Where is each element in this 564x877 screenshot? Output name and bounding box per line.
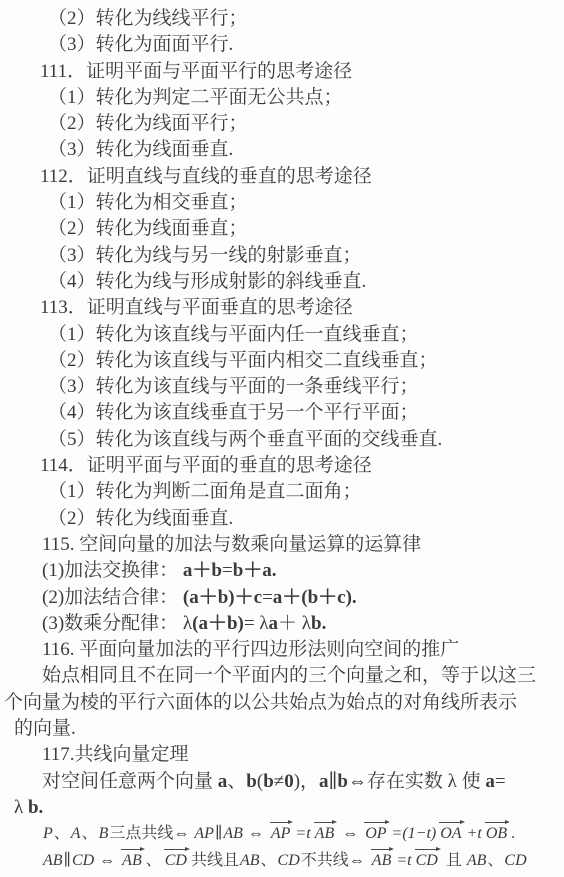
text-segment: a — [485, 771, 495, 792]
vector-overarrow-notation: OB — [485, 821, 509, 842]
text-segment: （1）转化为该直线与平面内任一直线垂直； — [48, 324, 419, 345]
text-segment: P — [42, 825, 54, 842]
text-line: （2）转化为线线平行； — [4, 6, 560, 32]
text-segment: CD — [277, 852, 301, 869]
text-segment: ⇔ — [244, 825, 268, 842]
text-segment: +t — [466, 825, 483, 842]
vector-overarrow-notation: AP — [270, 821, 293, 842]
text-segment: 三点共线⇔ — [109, 825, 193, 842]
text-segment: a＋b — [183, 560, 222, 581]
text-segment: =t — [294, 825, 311, 842]
text-segment: 对空间任意两个向量 — [42, 771, 218, 792]
text-line: （2）转化为线面平行； — [4, 111, 560, 137]
text-segment: （2）转化为线面平行； — [48, 113, 248, 134]
text-line: 的向量. — [4, 716, 560, 742]
text-segment: （3）转化为该直线与平面的一条垂线平行； — [48, 376, 419, 397]
text-line: （1）转化为相交垂直； — [4, 190, 560, 216]
text-segment: （5）转化为该直线与两个垂直平面的交线垂直. — [48, 429, 442, 450]
text-segment: （3）转化为面面平行. — [48, 34, 233, 55]
vector-overarrow-notation: CD — [415, 848, 440, 869]
scanned-math-notes-page: （2）转化为线线平行；（3）转化为面面平行.111．证明平面与平面平行的思考途径… — [0, 0, 564, 877]
text-line: （3）转化为面面平行. — [4, 32, 560, 58]
text-segment: ⇔存在实数 λ 使 — [348, 771, 485, 792]
text-segment: 111．证明平面与平面平行的思考途径 — [40, 61, 352, 82]
text-line: （1）转化为判断二面角是直二面角； — [4, 479, 560, 505]
text-segment: AP — [193, 825, 215, 842]
text-line: （2）转化为该直线与平面内相交二直线垂直； — [4, 348, 560, 374]
text-segment: (1)加法交换律： — [42, 560, 183, 581]
text-segment: CD — [71, 852, 95, 869]
vector-overarrow-notation: OA — [439, 821, 463, 842]
text-segment: ∥ — [64, 852, 71, 869]
text-segment: b＋a. — [233, 560, 277, 581]
text-segment: （4）转化为该直线垂直于另一个平行平面； — [48, 402, 419, 423]
text-segment: = — [222, 560, 233, 581]
text-segment: 个向量为棱的平行六面体的以公共始点为始点的对角线所表示 — [4, 692, 517, 713]
text-segment: b. — [311, 613, 326, 634]
text-segment: 117.共线向量定理 — [42, 744, 189, 765]
text-segment: ⇔ — [338, 825, 362, 842]
text-segment: =(1−t) — [391, 825, 438, 842]
text-line: 112．证明直线与直线的垂直的思考途径 — [4, 164, 560, 190]
text-segment: = — [262, 587, 273, 608]
text-line: （2）转化为线面垂直. — [4, 506, 560, 532]
text-line: （3）转化为线与另一线的射影垂直； — [4, 243, 560, 269]
text-line: （3）转化为该直线与平面的一条垂线平行； — [4, 374, 560, 400]
text-segment: b — [337, 771, 348, 792]
text-segment: 、 — [146, 852, 162, 869]
text-segment: （3）转化为线与另一线的射影垂直； — [48, 245, 362, 266]
text-segment: 114．证明平面与平面的垂直的思考途径 — [40, 455, 372, 476]
text-segment: 且 — [442, 852, 466, 869]
text-segment: 、 — [261, 852, 277, 869]
text-line: 115. 空间向量的加法与数乘向量运算的运算律 — [4, 532, 560, 558]
text-segment: AB — [42, 852, 64, 869]
text-segment: ≠ — [274, 771, 284, 792]
text-line: （4）转化为线与形成射影的斜线垂直. — [4, 269, 560, 295]
text-line: (1)加法交换律： a＋b=b＋a. — [4, 558, 560, 584]
text-segment: (a＋b)＋c — [183, 587, 262, 608]
text-line: 个向量为棱的平行六面体的以公共始点为始点的对角线所表示 — [4, 690, 560, 716]
text-segment: （2）转化为该直线与平面内相交二直线垂直； — [48, 350, 438, 371]
text-segment: 、 — [82, 825, 98, 842]
text-segment: 112．证明直线与直线的垂直的思考途径 — [40, 166, 372, 187]
text-segment: 的向量. — [14, 718, 76, 739]
text-segment: a＋(b＋c). — [273, 587, 357, 608]
text-line: 116. 平面向量加法的平行四边形法则向空间的推广 — [4, 637, 560, 663]
text-segment: ＋ λ — [278, 613, 311, 634]
text-segment: 115. 空间向量的加法与数乘向量运算的运算律 — [42, 534, 421, 555]
text-segment: （2）转化为线面垂直； — [48, 218, 248, 239]
text-segment: b — [263, 771, 274, 792]
text-segment: 不共线⇔ — [301, 852, 369, 869]
text-segment: （2）转化为线线平行； — [48, 8, 248, 29]
vector-overarrow-notation: CD — [164, 848, 189, 869]
text-segment: （2）转化为线面垂直. — [48, 508, 233, 529]
text-segment: b. — [28, 797, 43, 818]
text-segment: （1）转化为相交垂直； — [48, 192, 248, 213]
text-line: （5）转化为该直线与两个垂直平面的交线垂直. — [4, 427, 560, 453]
text-line: (3)数乘分配律： λ(a＋b)= λa＋ λb. — [4, 611, 560, 637]
text-line: λ b. — [4, 795, 560, 821]
text-segment: =t — [395, 852, 412, 869]
text-segment: 共线且 — [191, 852, 239, 869]
text-segment: (a＋b) — [192, 613, 244, 634]
text-segment: AB — [466, 852, 488, 869]
text-segment: ∥ — [329, 771, 338, 792]
text-segment: B — [98, 825, 110, 842]
text-segment: （4）转化为线与形成射影的斜线垂直. — [48, 271, 366, 292]
document-body: （2）转化为线线平行；（3）转化为面面平行.111．证明平面与平面平行的思考途径… — [4, 6, 560, 874]
text-line: (2)加法结合律： (a＋b)＋c=a＋(b＋c). — [4, 585, 560, 611]
text-line: 对空间任意两个向量 a、b(b≠0)，a∥b⇔存在实数 λ 使 a= — [4, 769, 560, 795]
text-segment: （1）转化为判定二平面无公共点； — [48, 87, 343, 108]
text-line: （1）转化为该直线与平面内任一直线垂直； — [4, 322, 560, 348]
text-segment: λ — [14, 797, 28, 818]
text-line: （3）转化为线面垂直. — [4, 137, 560, 163]
text-segment: （1）转化为判断二面角是直二面角； — [48, 481, 362, 502]
text-segment: AB — [222, 825, 244, 842]
text-line: （1）转化为判定二平面无公共点； — [4, 85, 560, 111]
text-segment: ⇔ — [95, 852, 119, 869]
text-segment: CD — [503, 852, 527, 869]
text-line: 114．证明平面与平面的垂直的思考途径 — [4, 453, 560, 479]
text-segment: a — [218, 771, 228, 792]
text-segment: a — [269, 613, 279, 634]
text-segment: = λ — [244, 613, 269, 634]
text-line: 117.共线向量定理 — [4, 742, 560, 768]
vector-overarrow-notation: AB — [121, 848, 144, 869]
text-segment: （3）转化为线面垂直. — [48, 139, 233, 160]
text-line: P、A、B三点共线⇔ AP∥AB ⇔ AP=tAB ⇔ OP=(1−t)OA+t… — [4, 821, 560, 847]
text-segment: )， — [294, 771, 319, 792]
text-segment: 、 — [227, 771, 246, 792]
text-segment: 、 — [54, 825, 70, 842]
text-line: （2）转化为线面垂直； — [4, 216, 560, 242]
text-line: 111．证明平面与平面平行的思考途径 — [4, 59, 560, 85]
text-segment: 113．证明直线与平面垂直的思考途径 — [40, 297, 353, 318]
text-segment: AB — [239, 852, 261, 869]
text-segment: 、 — [487, 852, 503, 869]
text-line: 113．证明直线与平面垂直的思考途径 — [4, 295, 560, 321]
text-segment: = — [495, 771, 506, 792]
text-line: 始点相同且不在同一个平面内的三个向量之和，等于以这三 — [4, 663, 560, 689]
text-segment: (3)数乘分配律： λ — [42, 613, 192, 634]
vector-overarrow-notation: OP — [364, 821, 388, 842]
text-segment: 始点相同且不在同一个平面内的三个向量之和，等于以这三 — [42, 665, 536, 686]
text-line: AB∥CD ⇔ AB、CD共线且AB、CD不共线⇔ AB=tCD 且 AB、CD — [4, 848, 560, 874]
text-segment: A — [70, 825, 82, 842]
text-segment: 116. 平面向量加法的平行四边形法则向空间的推广 — [42, 639, 459, 660]
text-segment: b — [246, 771, 257, 792]
text-segment: (2)加法结合律： — [42, 587, 183, 608]
vector-overarrow-notation: AB — [371, 848, 394, 869]
text-line: （4）转化为该直线垂直于另一个平行平面； — [4, 400, 560, 426]
text-segment: 0 — [284, 771, 294, 792]
text-segment: a — [319, 771, 329, 792]
text-segment: . — [511, 825, 515, 842]
vector-overarrow-notation: AB — [314, 821, 337, 842]
